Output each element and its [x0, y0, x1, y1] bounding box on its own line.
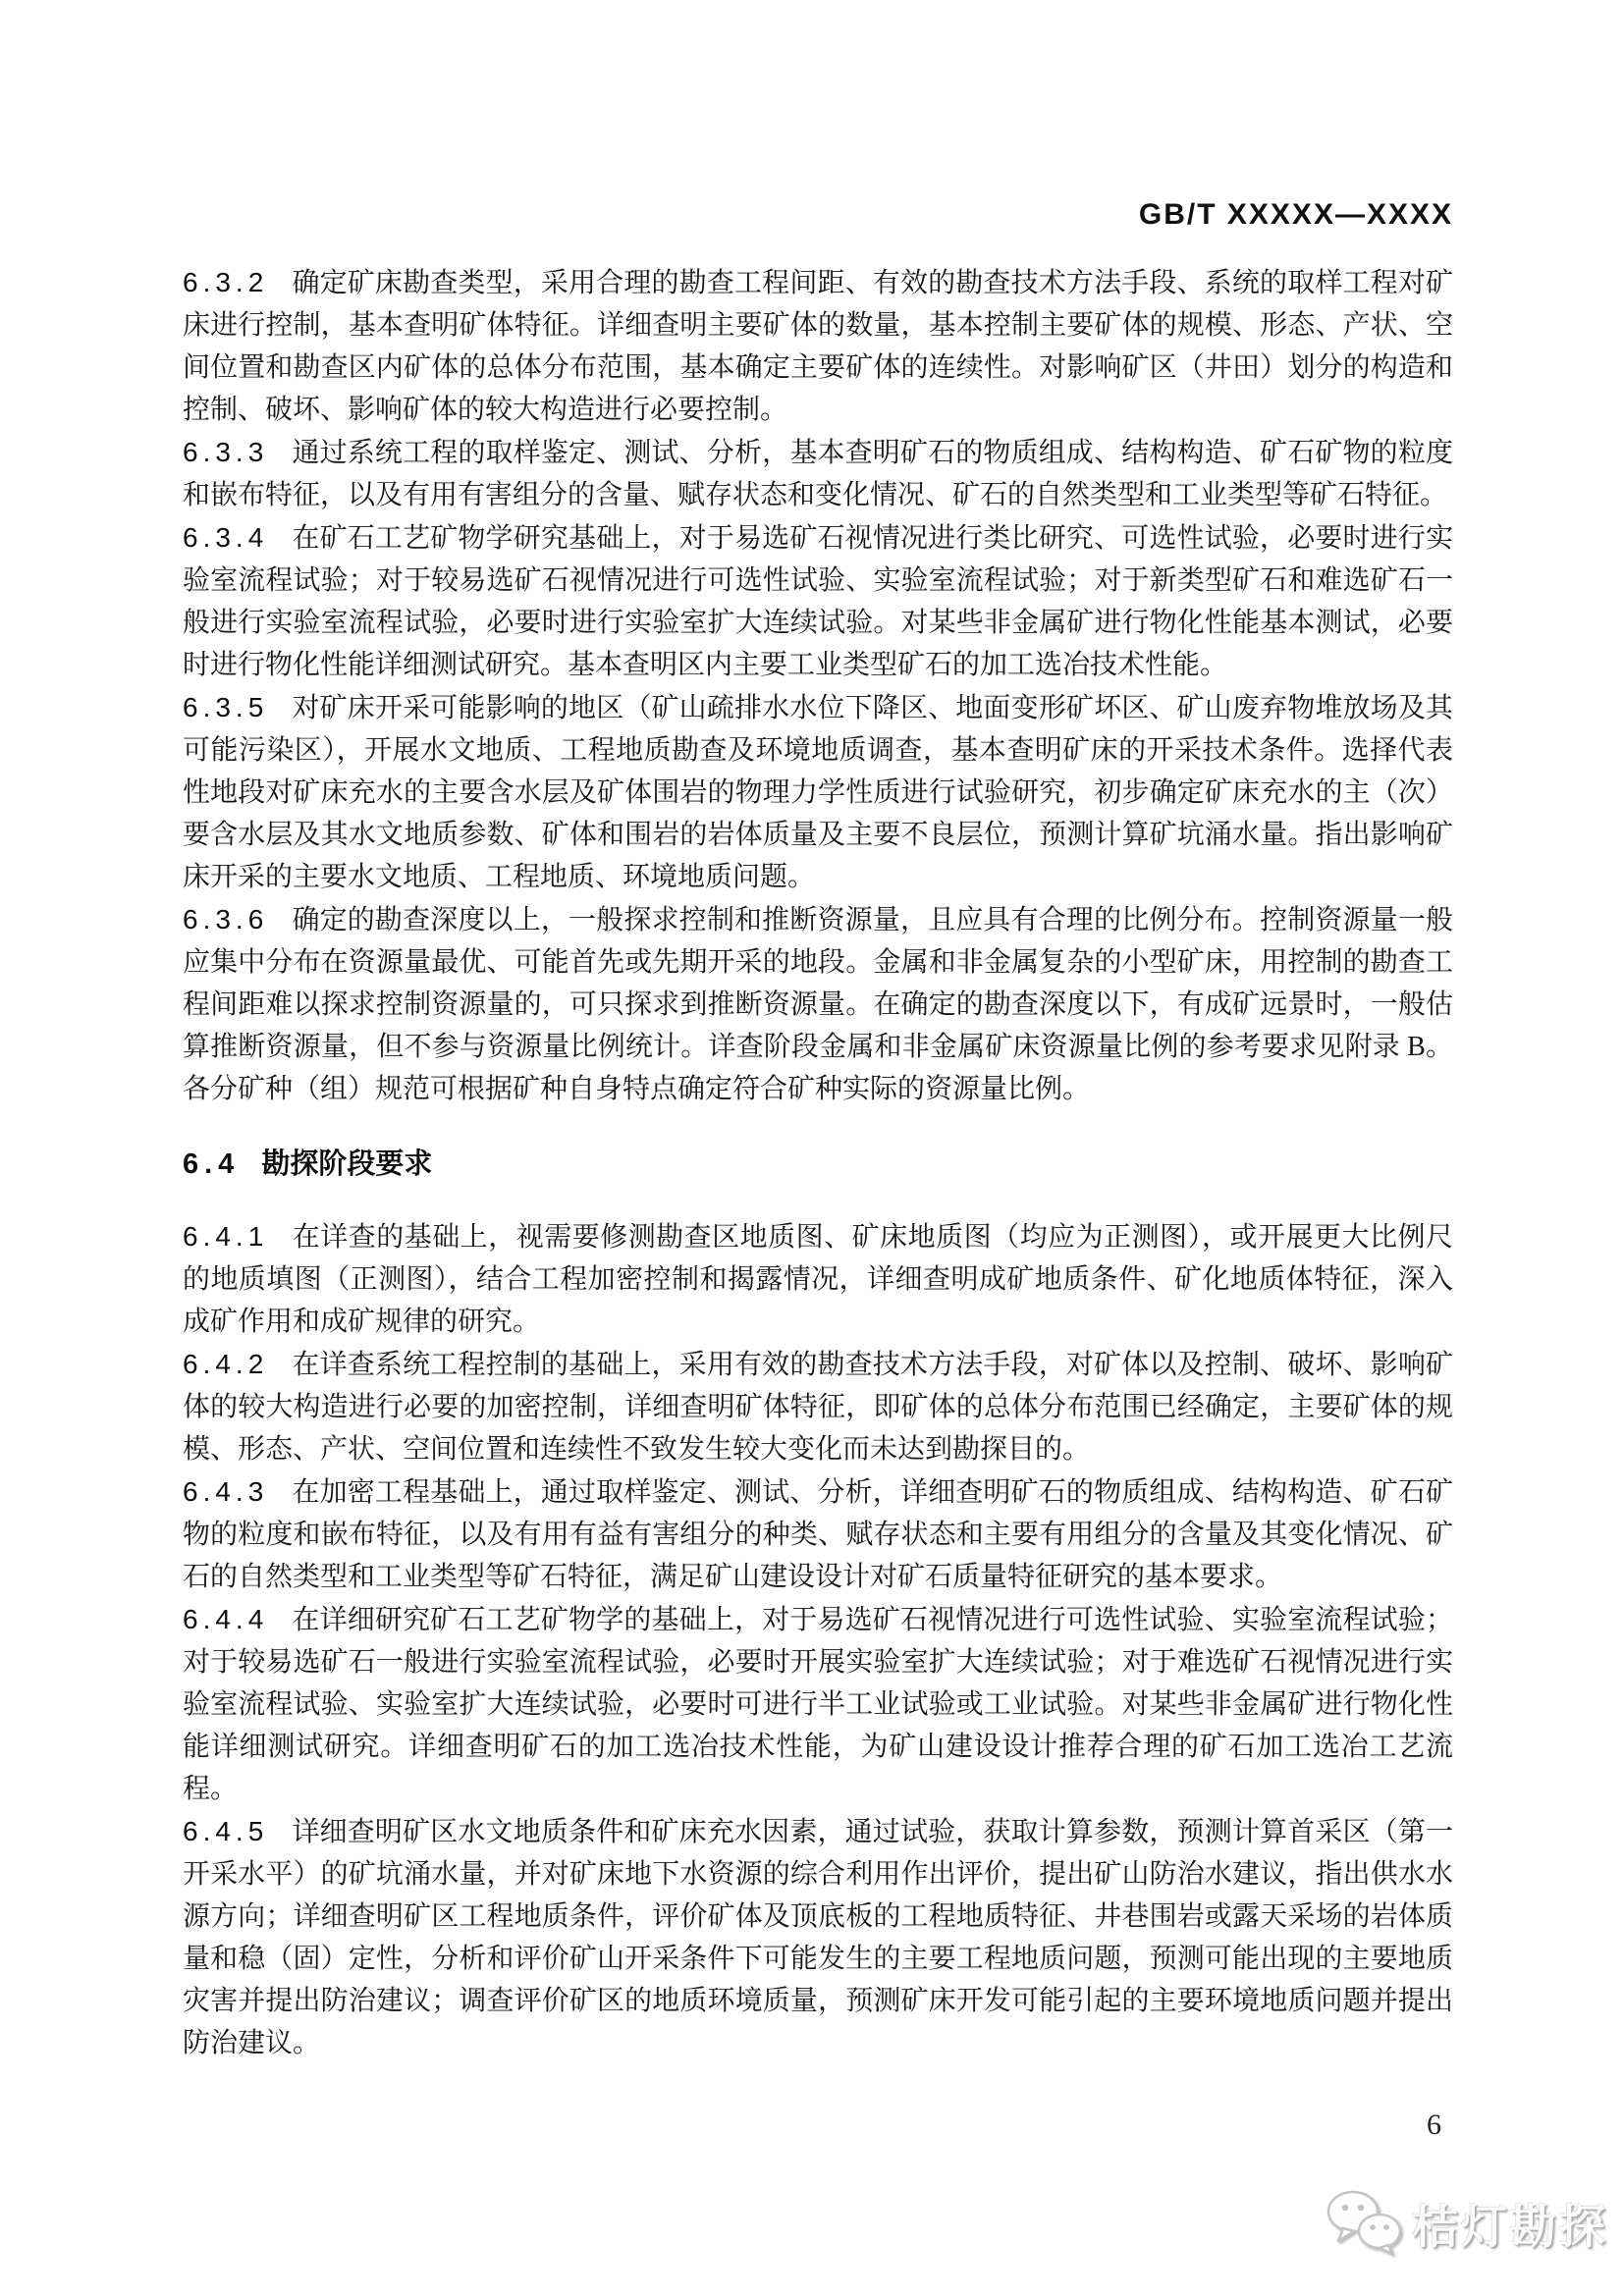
clause-text: 在详查系统工程控制的基础上，采用有效的勘查技术方法手段，对矿体以及控制、破坏、影… [183, 1350, 1453, 1465]
clause-number: 6.4.1 [183, 1221, 268, 1252]
clause-text: 在矿石工艺矿物学研究基础上，对于易选矿石视情况进行类比研究、可选性试验，必要时进… [183, 523, 1453, 680]
page-number: 6 [183, 2109, 1453, 2142]
clause-6-4-5: 6.4.5详细查明矿区水文地质条件和矿床充水因素，通过试验，获取计算参数，预测计… [183, 1810, 1453, 2064]
clause-6-4-2: 6.4.2在详查系统工程控制的基础上，采用有效的勘查技术方法手段，对矿体以及控制… [183, 1343, 1453, 1470]
clause-6-3-6: 6.3.6确定的勘查深度以上，一般探求控制和推断资源量，且应具有合理的比例分布。… [183, 898, 1453, 1110]
watermark-label: 桔灯勘探 [1412, 2191, 1608, 2257]
clause-number: 6.3.6 [183, 904, 268, 934]
clause-number: 6.4.2 [183, 1349, 268, 1379]
clause-6-3-2: 6.3.2确定矿床勘查类型，采用合理的勘查工程间距、有效的勘查技术方法手段、系统… [183, 261, 1453, 431]
standard-number: GB/T XXXXX—XXXX [1139, 198, 1453, 231]
document-page: GB/T XXXXX—XXXX 6.3.2确定矿床勘查类型，采用合理的勘查工程间… [0, 0, 1624, 2296]
clause-text: 对矿床开采可能影响的地区（矿山疏排水水位下降区、地面变形矿坏区、矿山废弃物堆放场… [183, 693, 1453, 892]
section-title: 勘探阶段要求 [261, 1148, 432, 1180]
clause-6-4-1: 6.4.1在详查的基础上，视需要修测勘查区地质图、矿床地质图（均应为正测图），或… [183, 1215, 1453, 1343]
clause-number: 6.3.2 [183, 267, 268, 297]
clause-6-3-4: 6.3.4在矿石工艺矿物学研究基础上，对于易选矿石视情况进行类比研究、可选性试验… [183, 516, 1453, 686]
clause-6-3-3: 6.3.3通过系统工程的取样鉴定、测试、分析，基本查明矿石的物质组成、结构构造、… [183, 431, 1453, 516]
clause-text: 确定的勘查深度以上，一般探求控制和推断资源量，且应具有合理的比例分布。控制资源量… [183, 905, 1453, 1104]
clause-6-4-4: 6.4.4在详细研究矿石工艺矿物学的基础上，对于易选矿石视情况进行可选性试验、实… [183, 1598, 1453, 1810]
clause-text: 详细查明矿区水文地质条件和矿床充水因素，通过试验，获取计算参数，预测计算首采区（… [183, 1817, 1453, 2058]
section-heading-6-4: 6.4勘探阶段要求 [183, 1144, 1453, 1186]
watermark: 桔灯勘探 [1324, 2187, 1608, 2261]
clause-text: 在详细研究矿石工艺矿物学的基础上，对于易选矿石视情况进行可选性试验、实验室流程试… [183, 1605, 1453, 1804]
clause-text: 通过系统工程的取样鉴定、测试、分析，基本查明矿石的物质组成、结构构造、矿石矿物的… [183, 438, 1453, 510]
section-number: 6.4 [183, 1148, 240, 1180]
clause-number: 6.4.4 [183, 1604, 268, 1634]
clause-text: 在加密工程基础上，通过取样鉴定、测试、分析，详细查明矿石的物质组成、结构构造、矿… [183, 1477, 1453, 1592]
clause-6-4-3: 6.4.3在加密工程基础上，通过取样鉴定、测试、分析，详细查明矿石的物质组成、结… [183, 1470, 1453, 1598]
clause-number: 6.3.4 [183, 522, 268, 553]
clause-number: 6.3.3 [183, 437, 268, 467]
clause-number: 6.3.5 [183, 692, 268, 722]
document-body: 6.3.2确定矿床勘查类型，采用合理的勘查工程间距、有效的勘查技术方法手段、系统… [183, 261, 1453, 2064]
page-header: GB/T XXXXX—XXXX [183, 198, 1453, 232]
clause-text: 确定矿床勘查类型，采用合理的勘查工程间距、有效的勘查技术方法手段、系统的取样工程… [183, 268, 1453, 425]
clause-number: 6.4.3 [183, 1476, 268, 1507]
wechat-icon [1324, 2187, 1404, 2261]
clause-6-3-5: 6.3.5对矿床开采可能影响的地区（矿山疏排水水位下降区、地面变形矿坏区、矿山废… [183, 686, 1453, 898]
clause-number: 6.4.5 [183, 1816, 268, 1846]
clause-text: 在详查的基础上，视需要修测勘查区地质图、矿床地质图（均应为正测图），或开展更大比… [183, 1222, 1453, 1337]
